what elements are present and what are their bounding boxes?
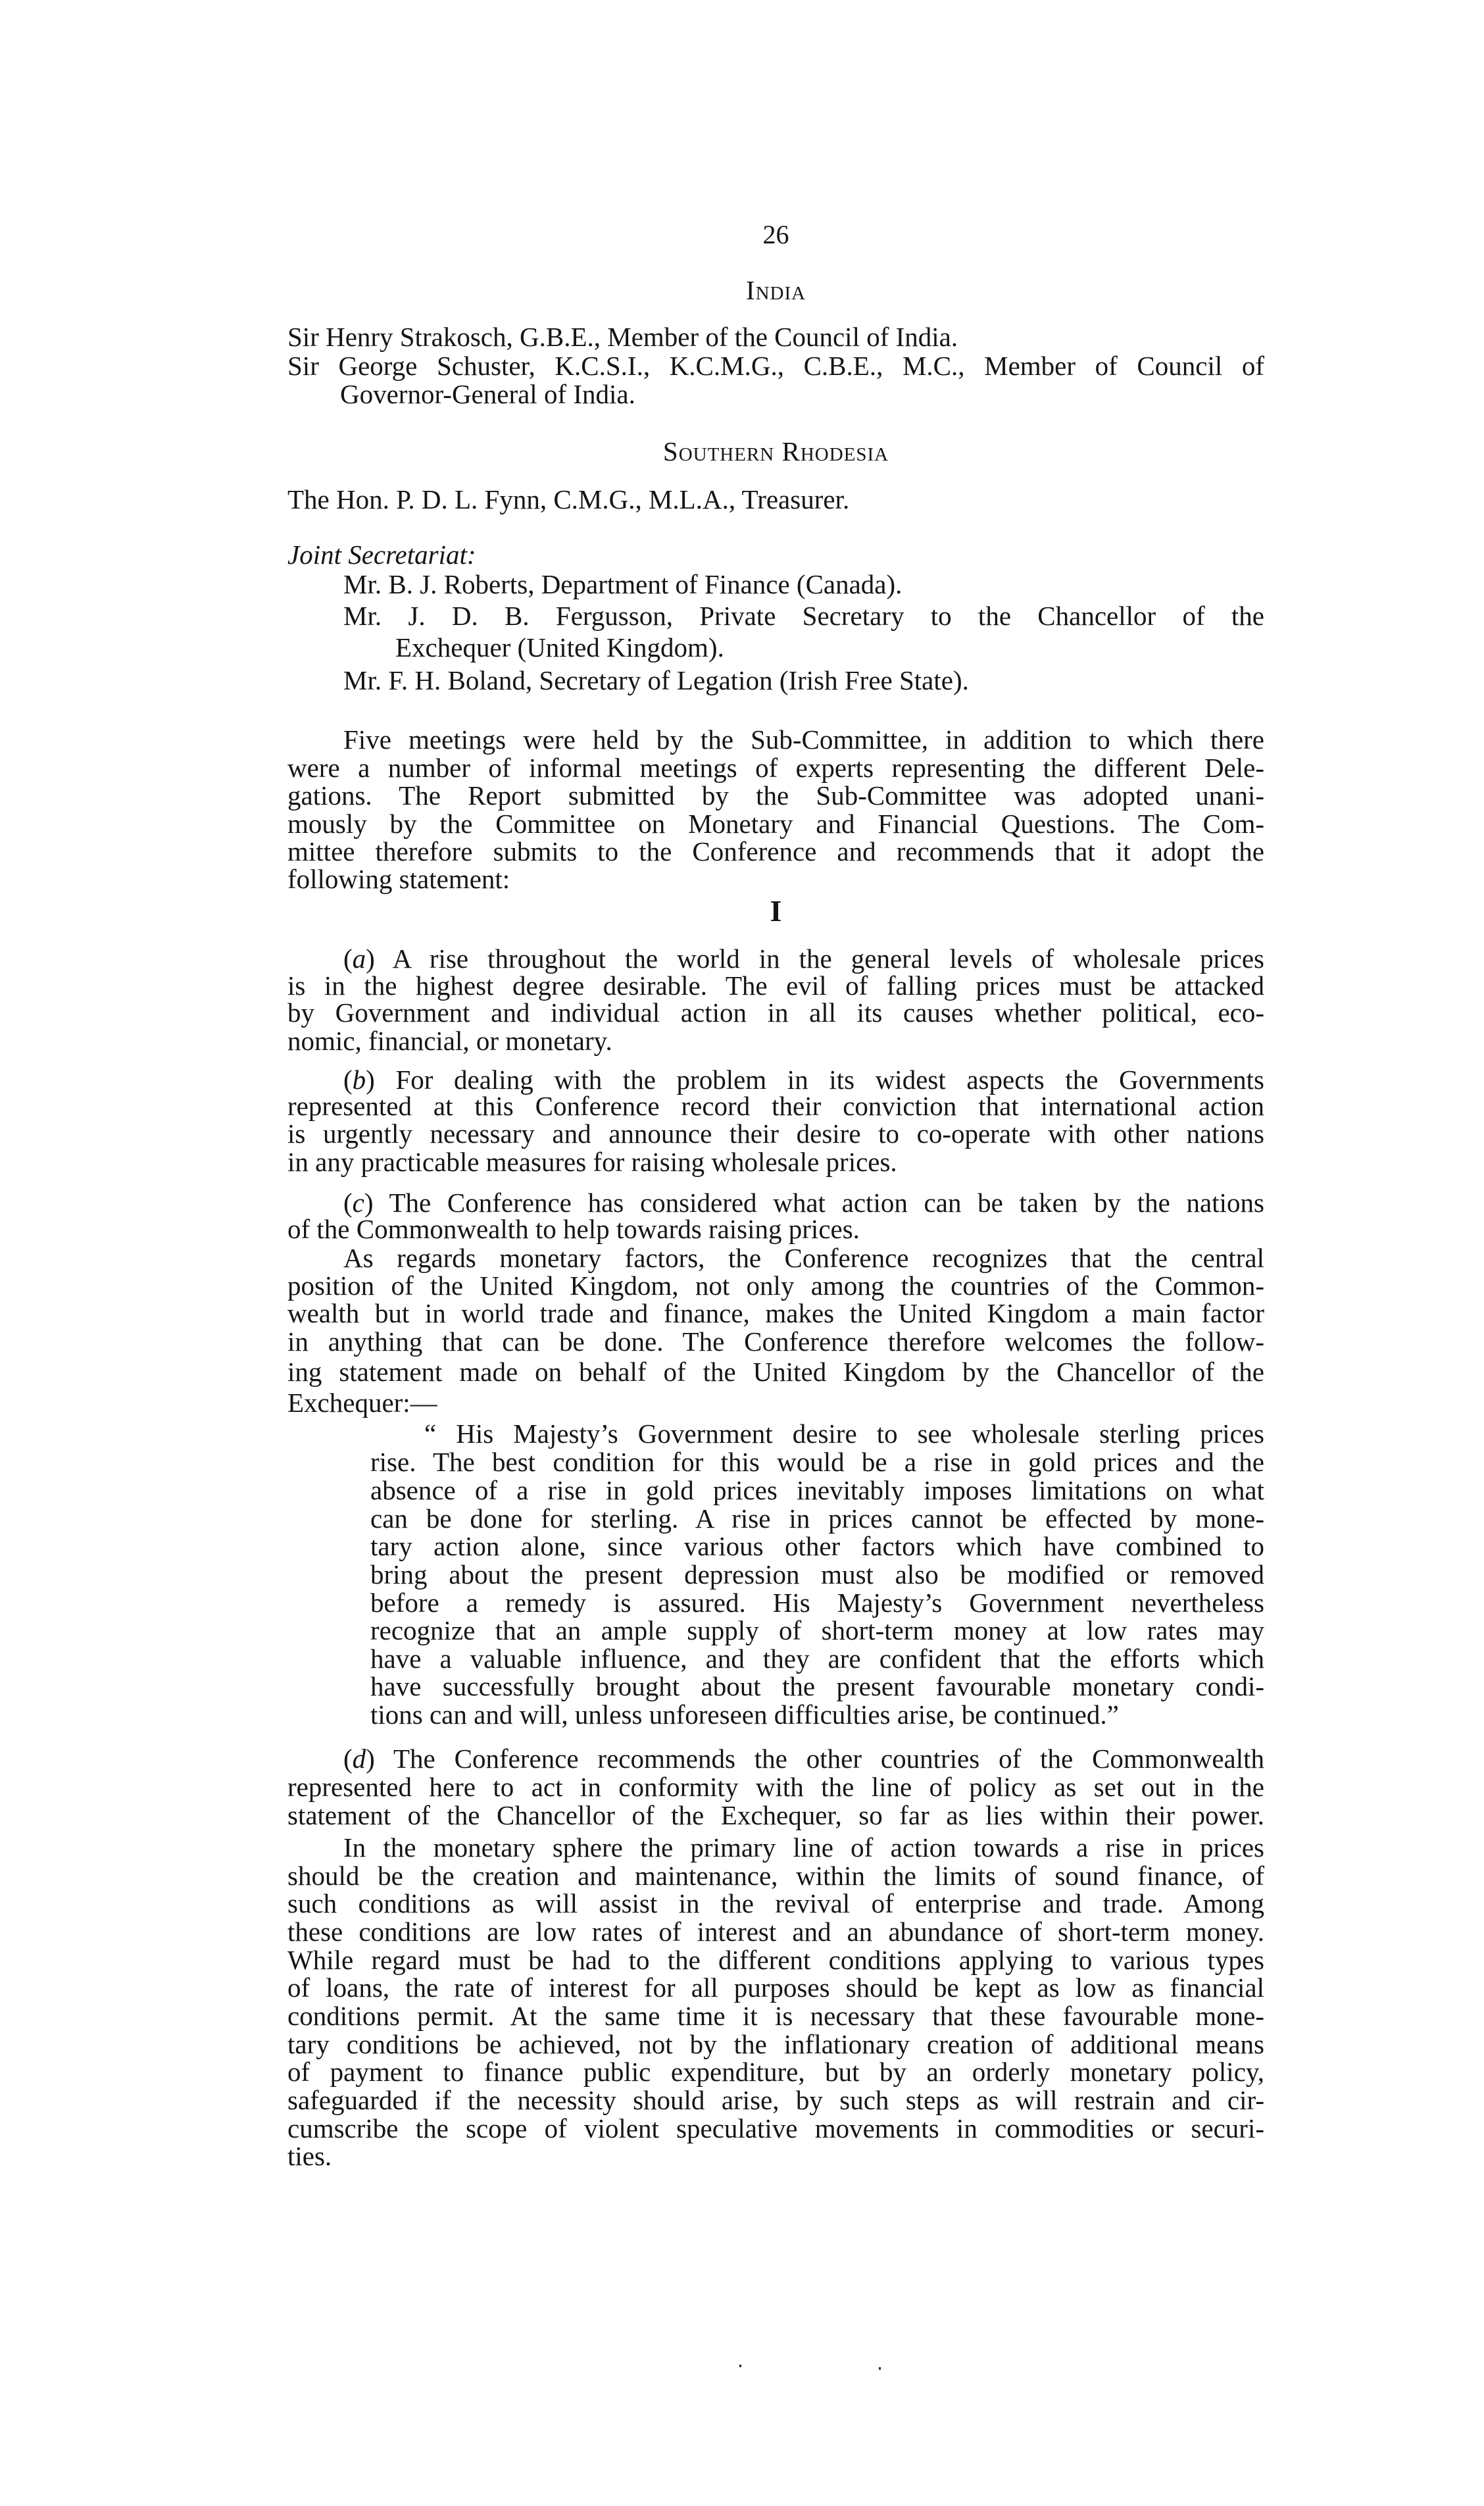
quote-line: can be done for sterling. A rise in pric… bbox=[370, 1505, 1264, 1532]
label-letter: d bbox=[353, 1743, 366, 1774]
paragraph-line: ties. bbox=[287, 2143, 1264, 2170]
paragraph-line: following statement: bbox=[287, 866, 1264, 893]
section-heading-india: India bbox=[287, 277, 1264, 304]
quote-line: absence of a rise in gold prices inevita… bbox=[370, 1477, 1264, 1504]
paragraph-line: statement of the Chancellor of the Exche… bbox=[287, 1802, 1264, 1829]
quote-line: before a remedy is assured. His Majesty’… bbox=[370, 1590, 1264, 1616]
paragraph-line: should be the creation and maintenance, … bbox=[287, 1863, 1264, 1890]
paragraph-line: mittee therefore submits to the Conferen… bbox=[287, 838, 1264, 865]
paragraph-line: such conditions as will assist in the re… bbox=[287, 1890, 1264, 1917]
paragraph-line: mously by the Committee on Monetary and … bbox=[287, 811, 1264, 838]
section-numeral: I bbox=[287, 897, 1264, 924]
quote-line: rise. The best condition for this would … bbox=[370, 1449, 1264, 1476]
paragraph-line: cumscribe the scope of violent speculati… bbox=[287, 2115, 1264, 2142]
secretariat-entry-boland: Mr. F. H. Boland, Secretary of Legation … bbox=[343, 667, 1264, 694]
paragraph-line: In the monetary sphere the primary line … bbox=[343, 1834, 1264, 1861]
member-entry-schuster: Sir George Schuster, K.C.S.I., K.C.M.G.,… bbox=[287, 353, 1264, 380]
label-paren-close: ) bbox=[366, 943, 375, 974]
paragraph-line: nomic, financial, or monetary. bbox=[287, 1028, 1264, 1055]
quote-line: “ His Majesty’s Government desire to see… bbox=[424, 1420, 1264, 1447]
member-entry-fynn: The Hon. P. D. L. Fynn, C.M.G., M.L.A., … bbox=[287, 486, 1264, 513]
joint-secretariat-label: Joint Secretariat: bbox=[287, 541, 1264, 568]
paragraph-line: by Government and individual action in a… bbox=[287, 999, 1264, 1026]
paragraph-line: Five meetings were held by the Sub-Commi… bbox=[343, 726, 1264, 753]
label-letter: a bbox=[353, 943, 366, 974]
paragraph-line: were a number of informal meetings of ex… bbox=[287, 755, 1264, 782]
scan-speck bbox=[739, 2365, 741, 2367]
paragraph-line: in any practicable measures for raising … bbox=[287, 1149, 1264, 1176]
line-text: A rise throughout the world in the gener… bbox=[393, 943, 1264, 974]
secretariat-entry-roberts: Mr. B. J. Roberts, Department of Finance… bbox=[343, 571, 1264, 598]
paragraph-line: (c) The Conference has considered what a… bbox=[343, 1190, 1264, 1216]
member-entry-schuster-cont: Governor-General of India. bbox=[340, 381, 1264, 408]
paragraph-line: ing statement made on behalf of the Unit… bbox=[287, 1359, 1264, 1386]
paragraph-line: is in the highest degree desirable. The … bbox=[287, 972, 1264, 999]
quote-line: recognize that an ample supply of short-… bbox=[370, 1617, 1264, 1644]
quote-line: tary action alone, since various other f… bbox=[370, 1533, 1264, 1560]
line-text: The Conference recommends the other coun… bbox=[393, 1743, 1264, 1774]
paragraph-line: conditions permit. At the same time it i… bbox=[287, 2003, 1264, 2030]
quote-line: have successfully brought about the pres… bbox=[370, 1673, 1264, 1700]
paragraph-line: of payment to finance public expenditure… bbox=[287, 2059, 1264, 2086]
paragraph-label: (d) bbox=[343, 1743, 375, 1774]
paragraph-line: (b) For dealing with the problem in its … bbox=[343, 1066, 1264, 1093]
label-paren-open: ( bbox=[343, 1743, 353, 1774]
paragraph-line: (a) A rise throughout the world in the g… bbox=[343, 945, 1264, 972]
paragraph-line: of the Commonwealth to help towards rais… bbox=[287, 1216, 1264, 1243]
paragraph-line: represented here to act in conformity wi… bbox=[287, 1774, 1264, 1801]
paragraph-line: safeguarded if the necessity should aris… bbox=[287, 2087, 1264, 2114]
quote-line: have a valuable influence, and they are … bbox=[370, 1645, 1264, 1672]
paragraph-line: As regards monetary factors, the Confere… bbox=[343, 1245, 1264, 1272]
paragraph-line: While regard must be had to the differen… bbox=[287, 1947, 1264, 1974]
label-paren-close: ) bbox=[366, 1743, 375, 1774]
member-entry-strakosch: Sir Henry Strakosch, G.B.E., Member of t… bbox=[287, 324, 1264, 351]
paragraph-line: wealth but in world trade and finance, m… bbox=[287, 1300, 1264, 1327]
page-number: 26 bbox=[287, 221, 1264, 248]
quote-line: bring about the present depression must … bbox=[370, 1561, 1264, 1588]
paragraph-line: in anything that can be done. The Confer… bbox=[287, 1328, 1264, 1355]
label-paren-open: ( bbox=[343, 943, 353, 974]
paragraph-line: represented at this Conference record th… bbox=[287, 1093, 1264, 1120]
quote-line: tions can and will, unless unforeseen di… bbox=[370, 1701, 1264, 1728]
paragraph-line: gations. The Report submitted by the Sub… bbox=[287, 782, 1264, 809]
secretariat-entry-fergusson-cont: Exchequer (United Kingdom). bbox=[395, 634, 1264, 661]
paragraph-label: (a) bbox=[343, 943, 375, 974]
scan-speck bbox=[879, 2367, 881, 2370]
paragraph-line: is urgently necessary and announce their… bbox=[287, 1120, 1264, 1147]
paragraph-line: of loans, the rate of interest for all p… bbox=[287, 1974, 1264, 2001]
section-heading-southern-rhodesia: Southern Rhodesia bbox=[287, 438, 1264, 465]
paragraph-line: Exchequer:— bbox=[287, 1390, 1264, 1416]
paragraph-line: (d) The Conference recommends the other … bbox=[343, 1745, 1264, 1772]
paragraph-line: these conditions are low rates of intere… bbox=[287, 1918, 1264, 1945]
paragraph-line: position of the United Kingdom, not only… bbox=[287, 1272, 1264, 1299]
secretariat-entry-fergusson: Mr. J. D. B. Fergusson, Private Secretar… bbox=[343, 603, 1264, 630]
paragraph-line: tary conditions be achieved, not by the … bbox=[287, 2031, 1264, 2058]
